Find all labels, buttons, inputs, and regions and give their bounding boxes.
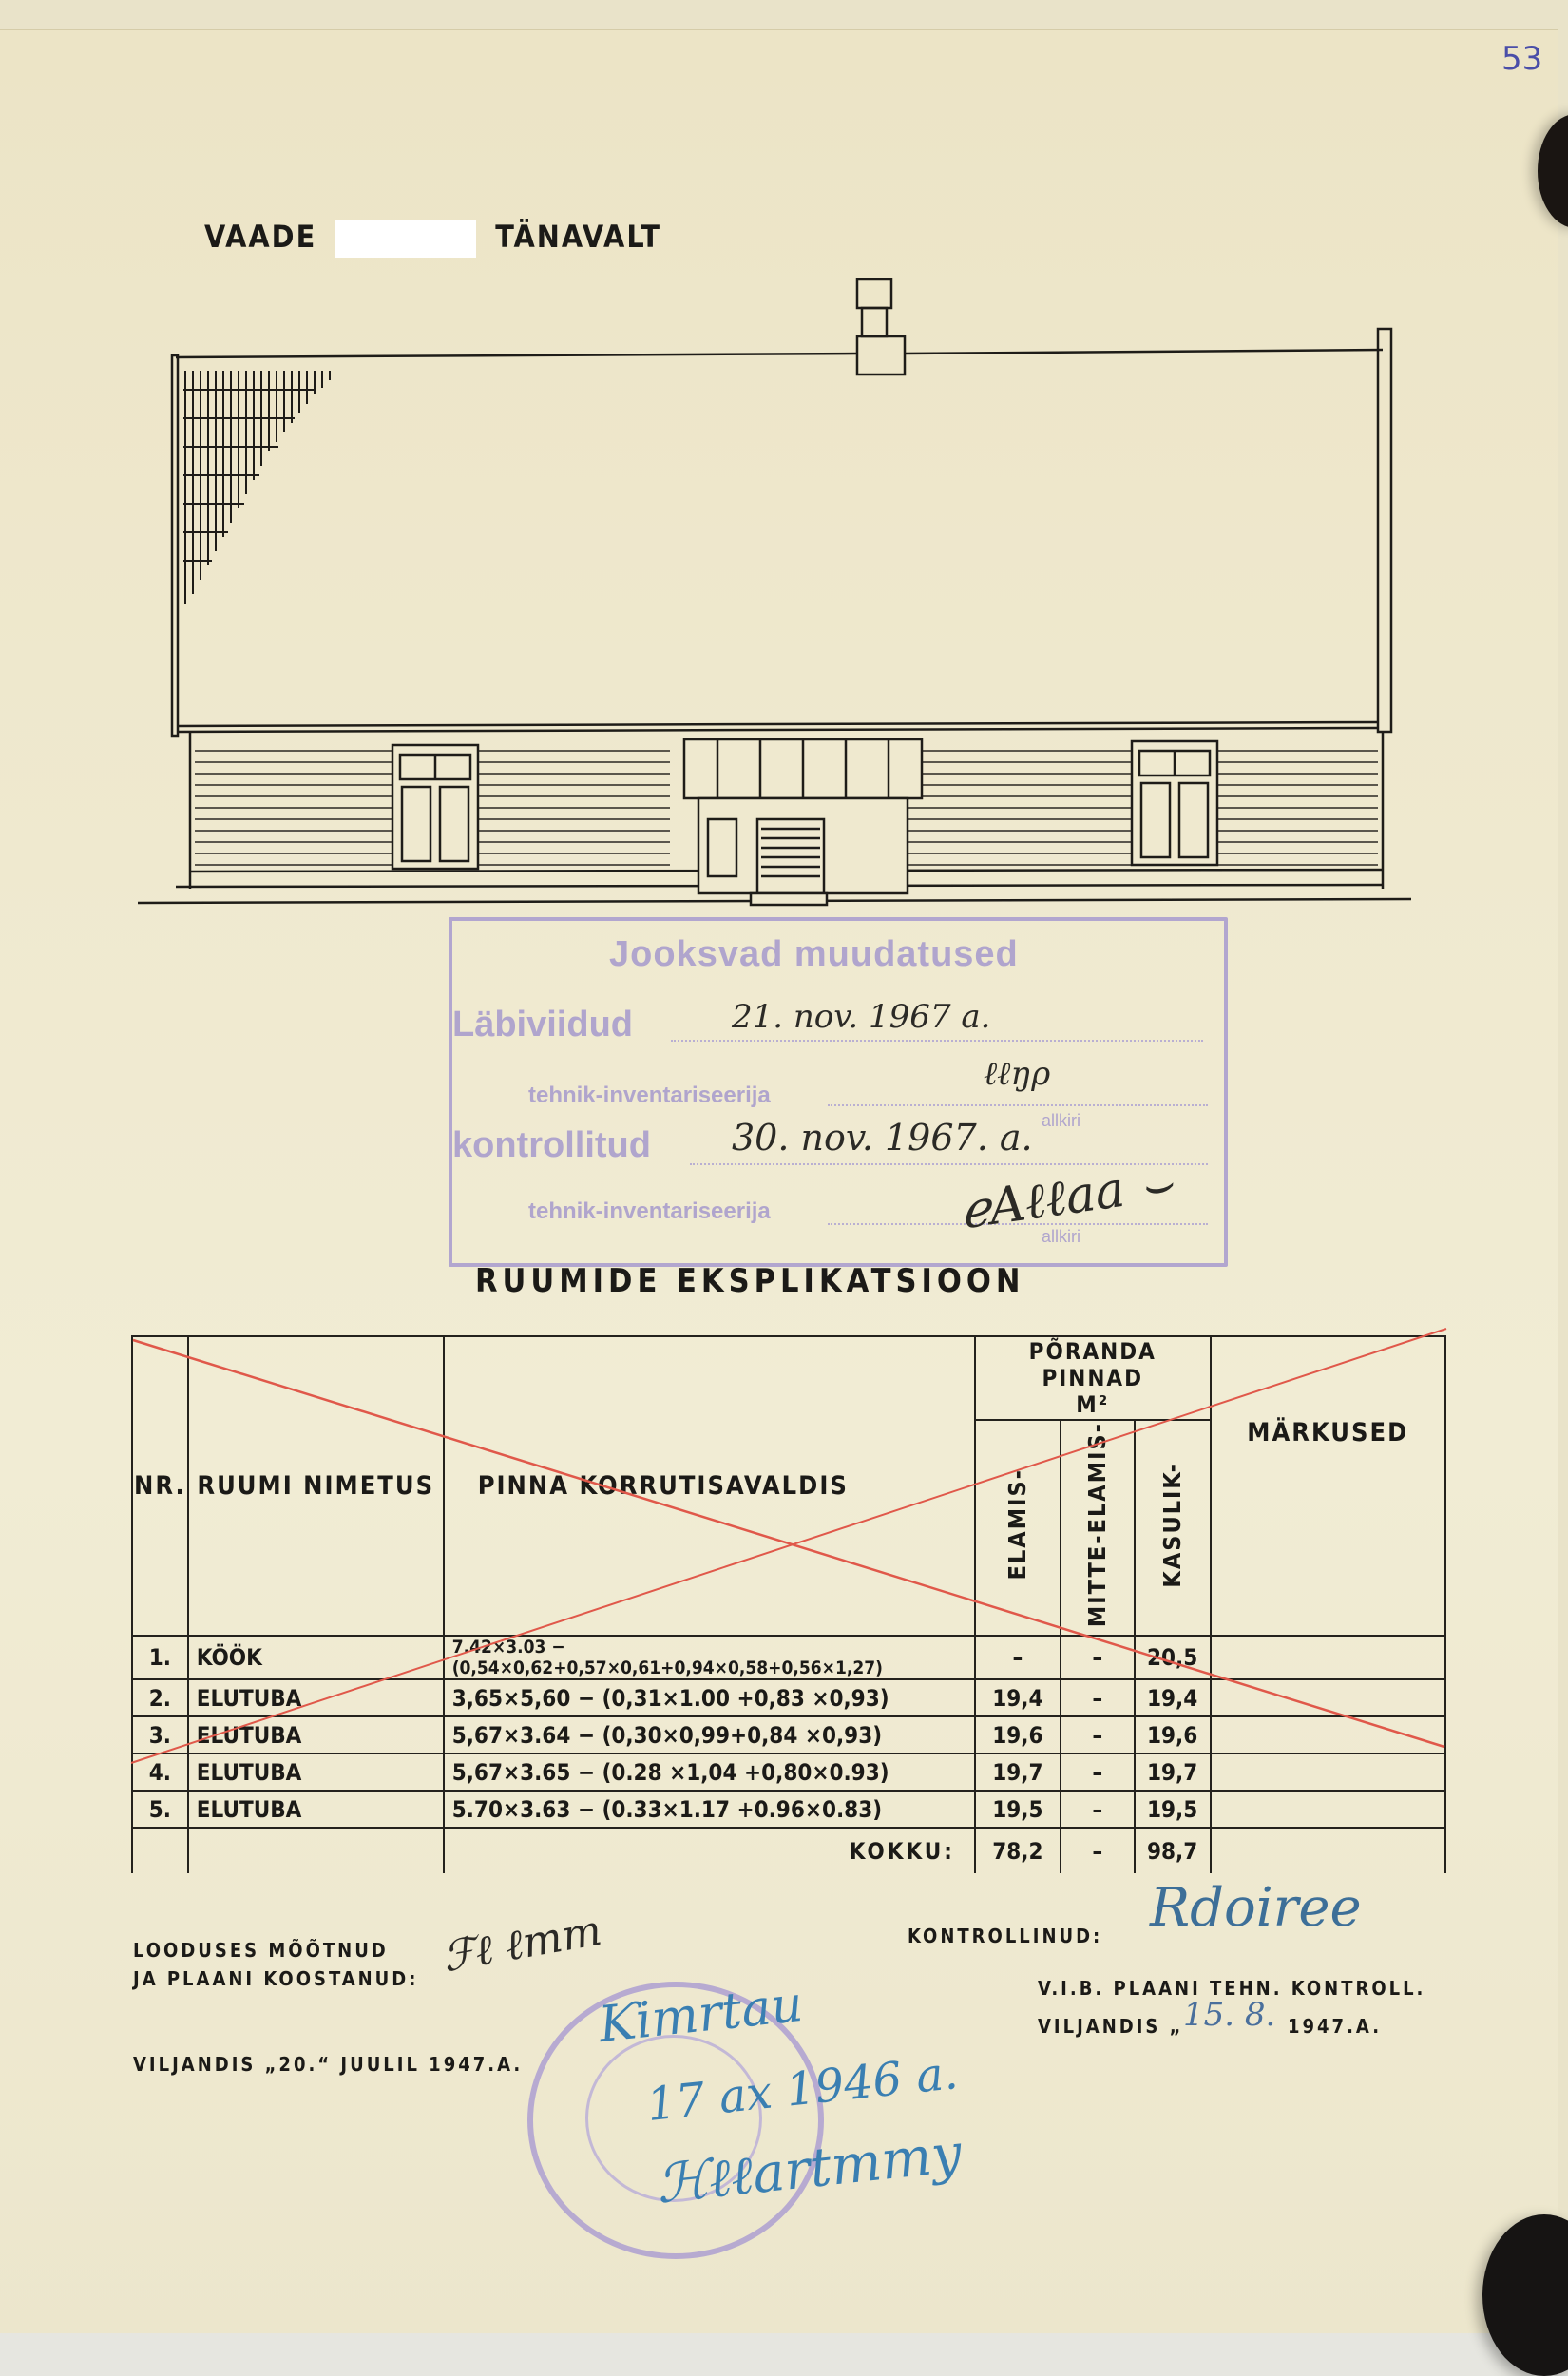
redaction-box <box>335 220 476 258</box>
conducted-label: Läbiviidud <box>452 1005 633 1045</box>
header-floor-areas: PÕRANDA PINNAD M² <box>975 1336 1211 1420</box>
technician-label-2: tehnik-inventariseerija <box>528 1198 771 1225</box>
dotted-line <box>828 1104 1208 1106</box>
table-row: 1. KÖÖK 7.42×3.03 − (0,54×0,62+0,57×0,61… <box>132 1636 1445 1679</box>
view-title-right: TÄNAVALT <box>495 219 661 255</box>
signature-scribble: ℓℓŋρ <box>984 1055 1050 1093</box>
table-row: 4. ELUTUBA 5,67×3.65 − (0.28 ×1,04 +0,80… <box>132 1753 1445 1791</box>
header-notes: MÄRKUSED <box>1211 1336 1445 1636</box>
total-useful: 98,7 <box>1135 1828 1211 1873</box>
table-title: RUUMIDE EKSPLIKATSIOON <box>475 1262 1025 1300</box>
table-row: 2. ELUTUBA 3,65×5,60 − (0,31×1.00 +0,83 … <box>132 1679 1445 1716</box>
table-total-row: KOKKU: 78,2 – 98,7 <box>132 1828 1445 1873</box>
header-useful: KASULIK- <box>1135 1420 1211 1636</box>
conducted-date-handwritten: 21. nov. 1967 a. <box>732 998 990 1036</box>
page-number: 53 <box>1501 40 1542 78</box>
unit-label: M² <box>977 1391 1209 1418</box>
checked-date-handwritten: 30. nov. 1967. a. <box>732 1117 1033 1159</box>
total-living: 78,2 <box>975 1828 1061 1873</box>
header-living: ELAMIS- <box>975 1420 1061 1636</box>
stamp-title: Jooksvad muudatused <box>609 934 1019 975</box>
checked-by-label: KONTROLLINUD: <box>908 1925 1102 1947</box>
scanner-bed <box>0 2333 1568 2376</box>
view-title-left: VAADE <box>204 219 316 255</box>
checked-date-handwritten: 15. 8. <box>1183 1996 1275 2034</box>
measured-place-date: VILJANDIS „20.“ JUULIL 1947.A. <box>133 2053 523 2076</box>
header-room-name: RUUMI NIMETUS <box>188 1336 444 1636</box>
dotted-line <box>671 1040 1203 1042</box>
header-formula: PINNA KORRUTISAVALDIS <box>444 1336 975 1636</box>
table-row: 5. ELUTUBA 5.70×3.63 − (0.33×1.17 +0.96×… <box>132 1791 1445 1828</box>
measured-by-line2: JA PLAANI KOOSTANUD: <box>133 1967 418 1990</box>
total-label: KOKKU: <box>444 1828 975 1873</box>
measured-by-line1: LOODUSES MÕÕTNUD <box>133 1939 389 1962</box>
house-elevation-drawing <box>138 276 1411 912</box>
checked-label: kontrollitud <box>452 1125 651 1166</box>
technician-label-1: tehnik-inventariseerija <box>528 1083 771 1109</box>
signature-label-2: allkiri <box>1042 1227 1080 1247</box>
table-row: 3. ELUTUBA 5,67×3.64 − (0,30×0,99+0,84 ×… <box>132 1716 1445 1753</box>
view-title: VAADE TÄNAVALT <box>204 219 661 258</box>
header-nr: NR. <box>132 1336 188 1636</box>
floor-areas-label: PÕRANDA PINNAD <box>977 1338 1209 1391</box>
header-non-living: MITTE-ELAMIS- <box>1061 1420 1135 1636</box>
checked-place: VILJANDIS „ <box>1038 2015 1183 2038</box>
room-explication-table: NR. RUUMI NIMETUS PINNA KORRUTISAVALDIS … <box>131 1335 1446 1873</box>
checked-year: 1947.A. <box>1288 2015 1382 2038</box>
signature-label-1: allkiri <box>1042 1111 1080 1131</box>
blue-signature: Rdoiree <box>1150 1877 1362 1939</box>
total-non-living: – <box>1061 1828 1135 1873</box>
